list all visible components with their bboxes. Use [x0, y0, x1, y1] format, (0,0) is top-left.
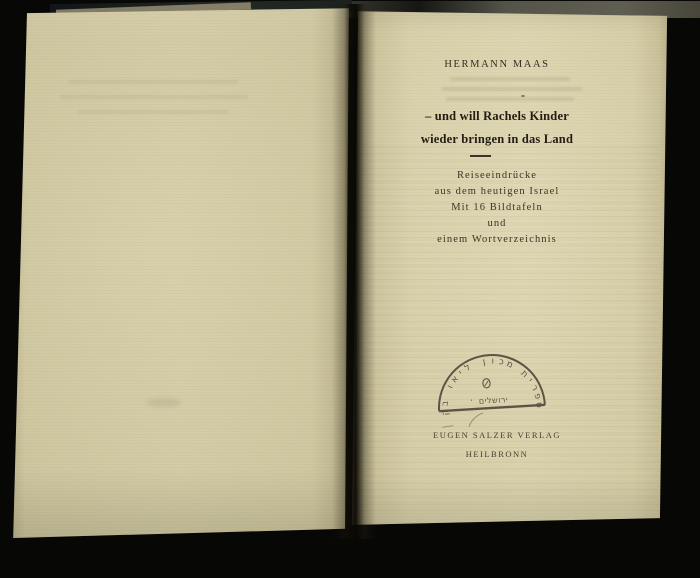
blank-verso-page [8, 5, 353, 545]
stamp-arc-letter: ב [440, 400, 450, 406]
stamp-arc-letter: ת [518, 369, 529, 380]
book-photo: HERMANN MAAS - – und will Rachels Kinder… [0, 0, 700, 578]
subtitle-line: Mit 16 Bildtafeln [347, 202, 647, 213]
pen-mark [468, 412, 484, 428]
stamp-arc-letter: ל [463, 363, 473, 374]
separator-dash: - [511, 88, 535, 103]
title-page: HERMANN MAAS - – und will Rachels Kinder… [346, 6, 672, 528]
stamp-arc-letter: ו [445, 384, 455, 391]
publisher-name: EUGEN SALZER VERLAG [347, 430, 647, 440]
stamp-arc-letter: ן [482, 357, 486, 367]
publisher-city: HEILBRONN [347, 449, 647, 459]
stamp-arc-letter: פ [531, 392, 542, 400]
subtitle-line: aus dem heutigen Israel [347, 186, 647, 197]
stamp-city-text: ירושלים [479, 395, 509, 406]
stamp-arc-letter: א [449, 374, 461, 385]
library-stamp: ספריתמכוןליאובק ירושלים · [427, 346, 557, 426]
stamp-base-line [439, 405, 545, 411]
book-title-line-2: wieder bringen in das Land [347, 132, 647, 147]
subtitle-line: einem Wortverzeichnis [347, 234, 647, 245]
pencil-smudge [146, 398, 182, 407]
subtitle-line: Reiseeindrücke [347, 170, 647, 181]
title-divider-rule [470, 155, 491, 157]
showthrough-text-line [450, 77, 570, 81]
author-name: HERMANN MAAS [347, 59, 647, 70]
stamp-arc-letter: י [525, 377, 534, 384]
stamp-arc-letter: כ [498, 357, 505, 368]
showthrough-text-line [78, 110, 228, 114]
stamp-emblem-icon [485, 381, 489, 386]
stamp-arc-letter: ר [529, 384, 540, 393]
stamp-arc-letter: ס [533, 402, 543, 409]
pen-mark-small [442, 421, 454, 427]
showthrough-text-line [60, 95, 248, 99]
stamp-arc-letter: י [457, 369, 465, 378]
stamp-arc-letter: מ [505, 359, 514, 371]
showthrough-text-line [68, 80, 238, 84]
stamp-arc-letter: ק [440, 409, 451, 416]
showthrough-text-line [446, 97, 574, 101]
stamp-arc-letter: ו [491, 356, 494, 366]
book-title-line-1: – und will Rachels Kinder [347, 109, 647, 124]
subtitle-line: und [347, 218, 647, 229]
stamp-dot: · [470, 396, 473, 406]
